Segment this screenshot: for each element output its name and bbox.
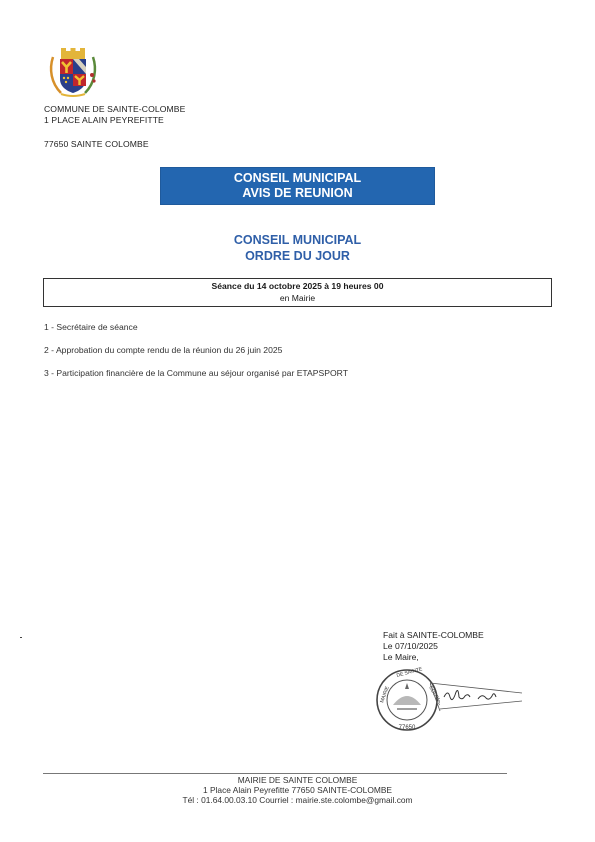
- agenda-heading-line1: CONSEIL MUNICIPAL: [0, 232, 595, 248]
- footer-org: MAIRIE DE SAINTE COLOMBE: [0, 775, 595, 786]
- address-line-street: 1 PLACE ALAIN PEYREFITTE: [44, 115, 164, 126]
- banner-subtitle: AVIS DE REUNION: [160, 186, 435, 202]
- footer-address: 1 Place Alain Peyrefitte 77650 SAINTE-CO…: [0, 785, 595, 796]
- signature-place: Fait à SAINTE-COLOMBE: [383, 630, 484, 641]
- agenda-item: 2 - Approbation du compte rendu de la ré…: [44, 345, 282, 355]
- scan-mark: [20, 637, 22, 638]
- svg-text:MAIRIE: MAIRIE: [379, 685, 391, 704]
- mayor-signature: [430, 675, 525, 715]
- footer-contact: Tél : 01.64.00.03.10 Courriel : mairie.s…: [0, 795, 595, 806]
- banner-title: CONSEIL MUNICIPAL: [160, 171, 435, 187]
- agenda-item: 3 - Participation financière de la Commu…: [44, 368, 348, 378]
- notice-banner: CONSEIL MUNICIPAL AVIS DE REUNION: [160, 167, 435, 205]
- svg-text:DE SAINTE: DE SAINTE: [396, 666, 424, 679]
- agenda-heading: CONSEIL MUNICIPAL ORDRE DU JOUR: [0, 232, 595, 264]
- session-info-box: Séance du 14 octobre 2025 à 19 heures 00…: [43, 278, 552, 307]
- svg-text:77650: 77650: [399, 725, 416, 731]
- signature-role: Le Maire,: [383, 652, 419, 663]
- session-location: en Mairie: [44, 293, 551, 305]
- address-line-city: 77650 SAINTE COLOMBE: [44, 139, 149, 150]
- address-line-commune: COMMUNE DE SAINTE-COLOMBE: [44, 104, 185, 115]
- footer-divider: [43, 773, 507, 774]
- coat-of-arms-icon: [47, 47, 99, 99]
- agenda-heading-line2: ORDRE DU JOUR: [0, 248, 595, 264]
- agenda-item: 1 - Secrétaire de séance: [44, 322, 138, 332]
- signature-date: Le 07/10/2025: [383, 641, 438, 652]
- session-date: Séance du 14 octobre 2025 à 19 heures 00: [44, 281, 551, 293]
